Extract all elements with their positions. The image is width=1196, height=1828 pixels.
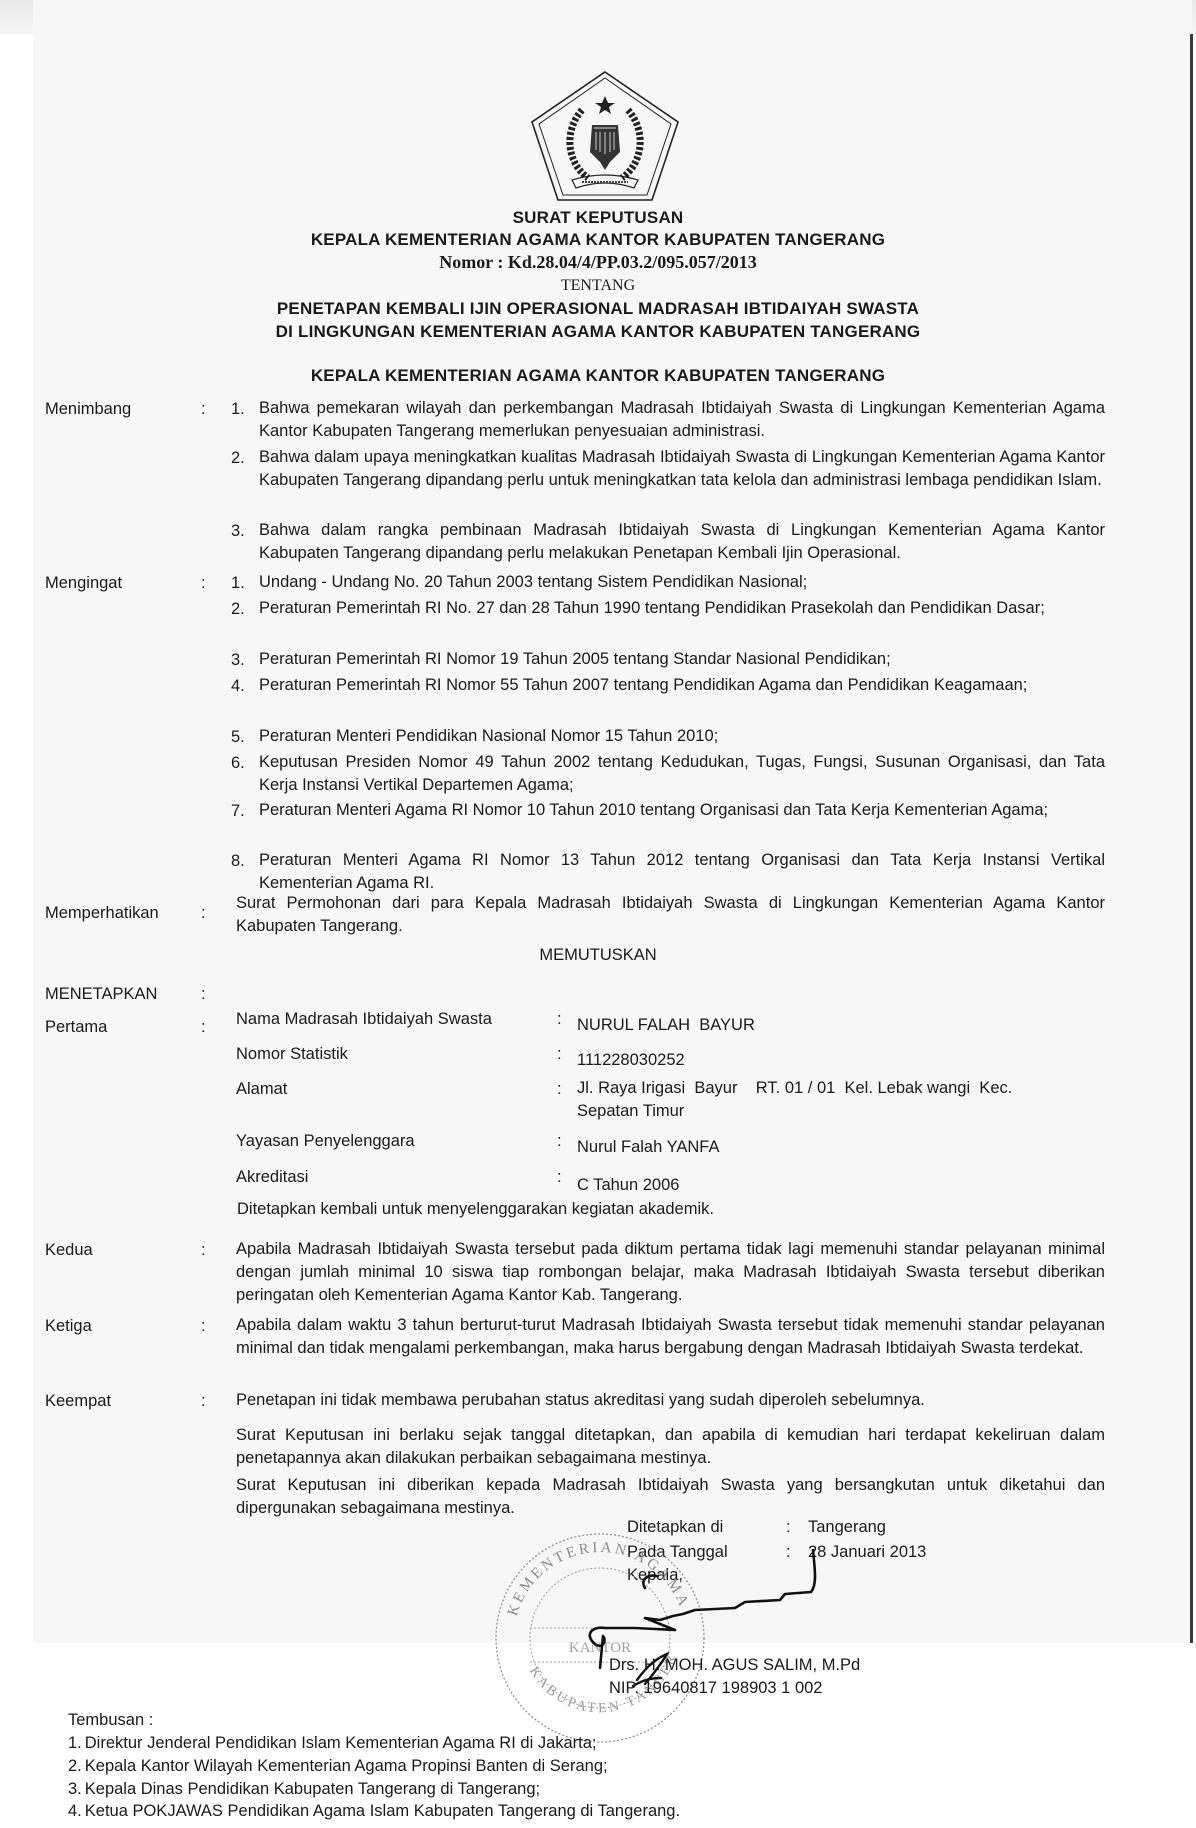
field-label: Nomor Statistik (236, 1045, 348, 1064)
colon: : (557, 1010, 562, 1029)
colon: : (557, 1168, 562, 1187)
item-number: 8. (231, 852, 245, 871)
closing-paragraph: Surat Keputusan ini diberikan kepada Mad… (236, 1474, 1105, 1520)
item-number: 2. (68, 1757, 82, 1775)
list-item: Bahwa dalam rangka pembinaan Madrasah Ib… (259, 519, 1105, 565)
list-item: 1.Direktur Jenderal Pendidikan Islam Kem… (68, 1734, 597, 1753)
paragraph: Apabila dalam waktu 3 tahun berturut-tur… (236, 1314, 1105, 1360)
item-text: Kepala Dinas Pendidikan Kabupaten Tanger… (85, 1780, 540, 1798)
section-label: Memperhatikan (45, 904, 159, 923)
paragraph: Apabila Madrasah Ibtidaiyah Swasta terse… (236, 1238, 1105, 1307)
signatory-name: Drs. H. MOH. AGUS SALIM, M.Pd (609, 1656, 860, 1675)
colon: : (201, 1392, 206, 1411)
subject-line-2: DI LINGKUNGAN KEMENTERIAN AGAMA KANTOR K… (0, 322, 1196, 342)
list-item: 4.Ketua POKJAWAS Pendidikan Agama Islam … (68, 1802, 680, 1821)
list-item: Undang - Undang No. 20 Tahun 2003 tentan… (259, 571, 1105, 594)
section-label: Menimbang (45, 400, 131, 419)
item-number: 4. (231, 677, 245, 696)
item-number: 3. (68, 1780, 82, 1798)
field-value-accreditation: C Tahun 2006 (577, 1174, 679, 1197)
item-number: 1. (231, 400, 245, 419)
list-item: Bahwa dalam upaya meningkatkan kualitas … (259, 446, 1105, 492)
menetapkan-label: MENETAPKAN (45, 985, 157, 1004)
colon: : (557, 1132, 562, 1151)
paragraph: Surat Permohonan dari para Kepala Madras… (236, 892, 1105, 938)
list-item: Peraturan Menteri Pendidikan Nasional No… (259, 725, 1105, 748)
item-number: 2. (231, 449, 245, 468)
kementerian-agama-emblem-icon (530, 70, 680, 202)
colon: : (786, 1518, 791, 1537)
item-number: 5. (231, 728, 245, 747)
list-item: Keputusan Presiden Nomor 49 Tahun 2002 t… (259, 751, 1105, 797)
paragraph: Penetapan ini tidak membawa perubahan st… (236, 1389, 1105, 1412)
subject-line-1: PENETAPAN KEMBALI IJIN OPERASIONAL MADRA… (0, 299, 1196, 319)
list-item: Peraturan Pemerintah RI No. 27 dan 28 Ta… (259, 597, 1105, 620)
item-number: 1. (68, 1734, 82, 1752)
item-number: 7. (231, 802, 245, 821)
list-item: 3.Kepala Dinas Pendidikan Kabupaten Tang… (68, 1780, 540, 1799)
list-item: Peraturan Menteri Agama RI Nomor 10 Tahu… (259, 799, 1105, 822)
colon: : (201, 400, 206, 419)
field-label: Yayasan Penyelenggara (236, 1132, 415, 1151)
issuer-heading: KEPALA KEMENTERIAN AGAMA KANTOR KABUPATE… (0, 230, 1196, 250)
item-number: 2. (231, 600, 245, 619)
section-label: Pertama (45, 1018, 107, 1037)
item-number: 6. (231, 754, 245, 773)
item-number: 1. (231, 574, 245, 593)
colon: : (557, 1045, 562, 1064)
section-label: Kedua (45, 1241, 93, 1260)
field-value-statistic-number: 111228030252 (577, 1049, 685, 1072)
about-label: TENTANG (0, 277, 1196, 295)
field-label: Alamat (236, 1080, 287, 1099)
document-number: Nomor : Kd.28.04/4/PP.03.2/095.057/2013 (0, 252, 1196, 273)
section-label: Mengingat (45, 574, 122, 593)
scan-page-edge (1190, 34, 1193, 1643)
memutuskan-heading: MEMUTUSKAN (0, 946, 1196, 965)
field-value-madrasah-name: NURUL FALAH BAYUR (577, 1014, 755, 1037)
authority-heading: KEPALA KEMENTERIAN AGAMA KANTOR KABUPATE… (0, 366, 1196, 386)
item-number: 3. (231, 651, 245, 670)
item-text: Kepala Kantor Wilayah Kementerian Agama … (85, 1757, 608, 1775)
list-item: Bahwa pemekaran wilayah dan perkembangan… (259, 397, 1105, 443)
list-item: 2.Kepala Kantor Wilayah Kementerian Agam… (68, 1757, 608, 1776)
list-item: Peraturan Pemerintah RI Nomor 55 Tahun 2… (259, 674, 1105, 697)
section-label: Keempat (45, 1392, 111, 1411)
colon: : (201, 574, 206, 593)
document-title: SURAT KEPUTUSAN (0, 208, 1196, 228)
section-label: Ketiga (45, 1317, 92, 1336)
field-label: Nama Madrasah Ibtidaiyah Swasta (236, 1010, 492, 1029)
item-number: 3. (231, 522, 245, 541)
field-value-foundation: Nurul Falah YANFA (577, 1136, 719, 1159)
item-text: Direktur Jenderal Pendidikan Islam Kemen… (85, 1734, 597, 1752)
pertama-note: Ditetapkan kembali untuk menyelenggaraka… (237, 1200, 714, 1219)
colon: : (201, 1241, 206, 1260)
colon: : (201, 1018, 206, 1037)
colon: : (201, 985, 206, 1004)
list-item: Peraturan Pemerintah RI Nomor 19 Tahun 2… (259, 648, 1105, 671)
colon: : (201, 904, 206, 923)
list-item: Peraturan Menteri Agama RI Nomor 13 Tahu… (259, 849, 1105, 895)
signatory-nip: NIP. 19640817 198903 1 002 (609, 1679, 822, 1698)
item-text: Ketua POKJAWAS Pendidikan Agama Islam Ka… (85, 1802, 680, 1820)
colon: : (201, 1317, 206, 1336)
place-value: Tangerang (808, 1518, 886, 1537)
field-label: Akreditasi (236, 1168, 308, 1187)
item-number: 4. (68, 1802, 82, 1820)
tembusan-label: Tembusan : (68, 1711, 153, 1730)
colon: : (557, 1080, 562, 1099)
field-value-address: Jl. Raya Irigasi Bayur RT. 01 / 01 Kel. … (577, 1077, 1012, 1123)
closing-paragraph: Surat Keputusan ini berlaku sejak tangga… (236, 1424, 1105, 1470)
